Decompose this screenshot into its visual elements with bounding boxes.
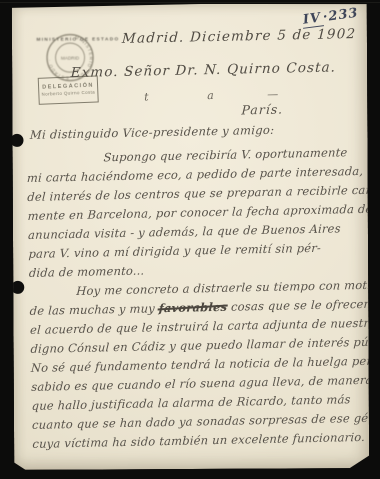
place-date-line: Madrid. Diciembre 5 de 1902 [122,26,357,47]
letter-paper: IV·233 · MINISTERIO · DE · ESTADO · MADR… [12,3,369,470]
struck-word: favorables [158,300,227,315]
addressee-line: Exmo. Señor Dr. N. Quirno Costa. [70,59,336,81]
destination-line: París. [241,102,283,118]
letter-body: Supongo que recibiría V. oportunamentemi… [26,143,368,454]
ditto-mark: — [267,88,278,101]
handwriting-layer: Madrid. Diciembre 5 de 1902 Exmo. Señor … [9,0,374,470]
ditto-mark: t [144,90,149,103]
scan-edge [0,2,380,3]
ditto-mark: a [207,89,214,102]
document-scan: { "colors": { "background": "#0c0c0b", "… [0,0,380,479]
salutation-line: Mi distinguido Vice-presidente y amigo: [30,123,275,142]
